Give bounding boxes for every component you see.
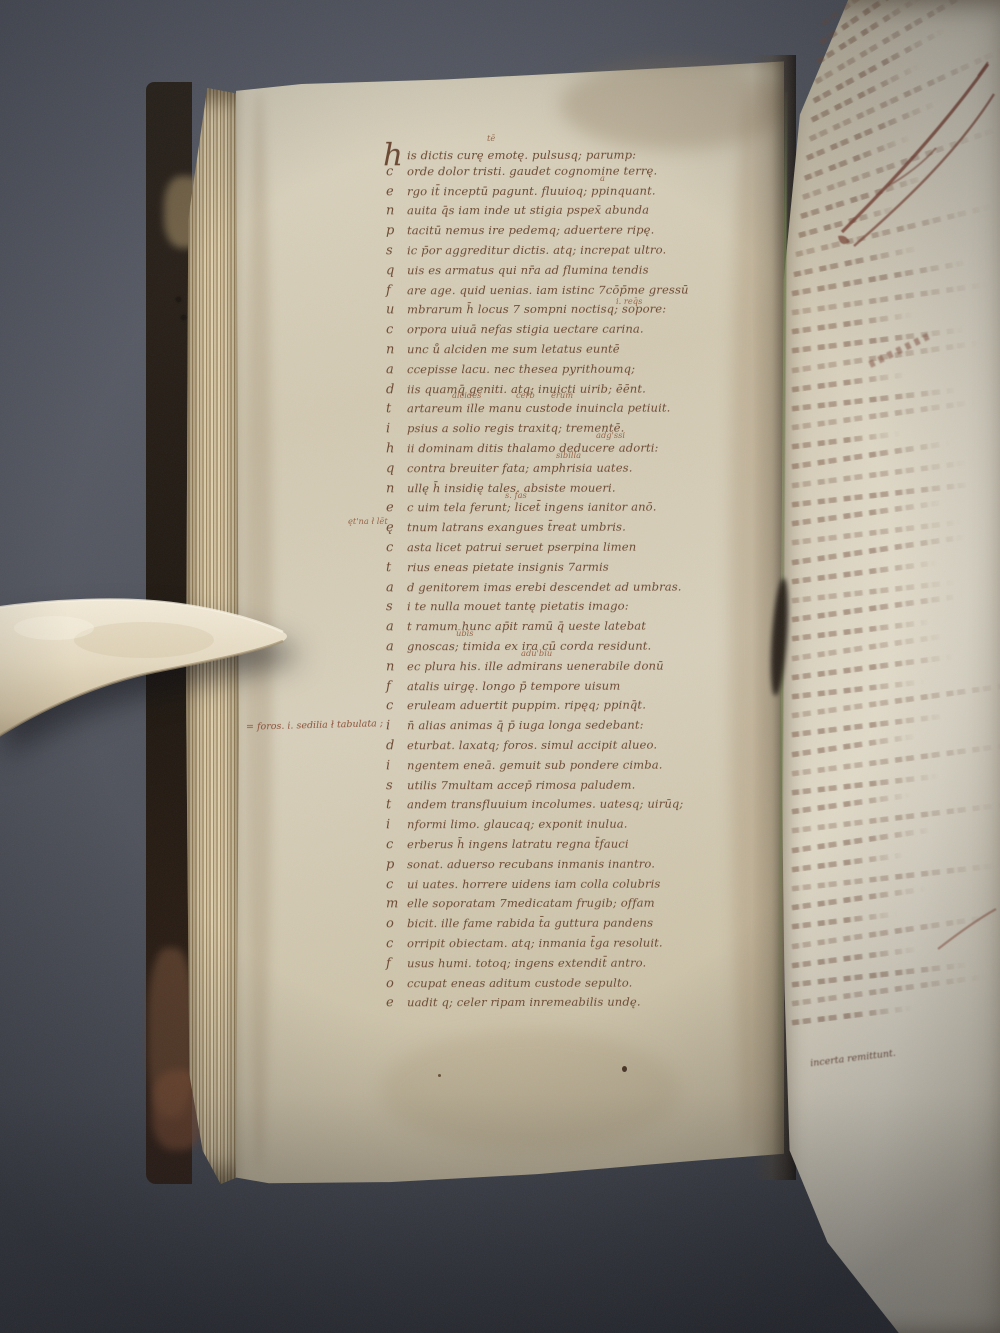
verse-text: ccepisse lacu. nec thesea pyrithoumq;	[407, 361, 635, 376]
verse-line: in̄ alias animas q̄ p̄ iuga longa sedeba…	[386, 718, 644, 734]
verse-initial: c	[386, 164, 407, 179]
verse-text: uadit q; celer ripam inremeabilis undę.	[407, 995, 641, 1010]
verse-line: nunc ů alciden me sum letatus euntē	[386, 342, 620, 358]
verse-text: tnum latrans exangues t̄reat umbris.	[407, 520, 626, 535]
verse-initial: s	[386, 243, 407, 258]
verse-text: bicit. ille fame rabida t̄a guttura pand…	[407, 916, 653, 931]
verse-initial: e	[386, 184, 407, 199]
verse-text: ii dominam ditis thalamo deducere adorti…	[407, 441, 659, 456]
verse-initial: m	[386, 897, 407, 912]
verse-initial: t	[386, 560, 407, 575]
gloss: ūbis	[456, 628, 474, 638]
verse-text: atalis uirgę. longo p̄ tempore uisum	[407, 678, 620, 693]
verse-text: are age. quid uenias. iam istinc 7cōp̄me…	[407, 282, 689, 297]
verse-text: eturbat. laxatq; foros. simul accipit al…	[407, 738, 657, 753]
verse-initial: f	[386, 956, 407, 971]
verse-line: obicit. ille fame rabida t̄a guttura pan…	[386, 916, 653, 932]
verse-initial: i	[386, 758, 407, 773]
verse-line: ipsius a solio regis traxitq; trementē.	[386, 421, 624, 437]
verse-line: fusus humi. totoq; ingens extendit̄ antr…	[386, 955, 646, 971]
verse-text: orde dolor tristi. gaudet cognomine terr…	[407, 163, 657, 178]
verse-text: ngentem eneā. gemuit sub pondere cimba.	[407, 757, 663, 772]
verse-initial: a	[386, 580, 407, 595]
manuscript-photo: his dictis curę emotę. pulsusq; parump:c…	[0, 0, 1000, 1333]
verse-initial: c	[386, 877, 407, 892]
verse-initial: f	[386, 679, 407, 694]
verse-line: nauita q̄s iam inde ut stigia pspex̄ abu…	[386, 203, 649, 219]
verse-text: uis es armatus qui nr̄a ad flumina tendi…	[407, 262, 649, 277]
verse-initial: c	[386, 936, 407, 951]
verse-line: cui uates. horrere uidens iam colla colu…	[386, 876, 661, 892]
verse-line: corripit obiectam. atq; inmania t̄ga res…	[386, 936, 663, 952]
verse-text: orpora uiuā nefas stigia uectare carina.	[407, 322, 644, 337]
gloss: cerb̄	[516, 390, 535, 400]
gloss: sibilla	[556, 450, 581, 460]
verse-line: agnoscas; timida ex ira cū corda residun…	[386, 639, 651, 655]
verse-line: quis es armatus qui nr̄a ad flumina tend…	[386, 262, 649, 278]
verse-line: ingentem eneā. gemuit sub pondere cimba.	[386, 757, 663, 773]
verse-line: ad genitorem imas erebi descendet ad umb…	[386, 579, 682, 595]
verse-initial: ę	[386, 520, 407, 535]
verse-text: usus humi. totoq; ingens extendit̄ antro…	[407, 955, 646, 970]
gloss: erum	[551, 390, 573, 400]
verse-initial: s	[386, 778, 407, 793]
verse-line: ętnum latrans exangues t̄reat umbris.	[386, 520, 626, 536]
verse-text: rius eneas pietate insignis 7armis	[407, 560, 609, 575]
verse-initial: n	[386, 659, 407, 674]
verse-text: d genitorem imas erebi descendet ad umbr…	[407, 579, 682, 594]
verse-text: utilis 7multam accep̄ rimosa paludem.	[407, 777, 635, 792]
verse-initial: a	[386, 362, 407, 377]
gloss: s. fas	[505, 490, 527, 500]
verse-text: andem transfluuium incolumes. uatesq; ui…	[407, 797, 683, 812]
verse-initial: c	[386, 837, 407, 852]
verse-text: artareum ille manu custode inuincla peti…	[407, 401, 671, 416]
verse-text: is dictis curę emotę. pulsusq; parump:	[407, 148, 636, 163]
verse-line: casta licet patrui seruet pserpina limen	[386, 540, 636, 556]
verse-initial: p	[386, 223, 407, 238]
verse-initial: e	[386, 501, 407, 516]
gloss: i. req̄s	[616, 296, 642, 306]
verse-initial: d	[386, 738, 407, 753]
verse-text: orripit obiectam. atq; inmania t̄ga reso…	[407, 936, 663, 951]
verse-text: erberus h̄ ingens latratu regna t̄fauci	[407, 837, 629, 852]
verse-text: rgo it̄ inceptū pagunt. fluuioq; ppinqua…	[407, 183, 656, 198]
verse-text: i te nulla mouet tantę pietatis imago:	[407, 599, 629, 614]
verse-line: nec plura his. ille admirans uenerabile …	[386, 658, 664, 674]
verse-initial: n	[386, 342, 407, 357]
verse-line: hii dominam ditis thalamo deducere adort…	[386, 441, 659, 457]
verse-initial: s	[386, 600, 407, 615]
verse-text: t ramum hunc ap̄it ramū q̄ ueste latebat	[407, 619, 646, 634]
verse-line: si te nulla mouet tantę pietatis imago:	[386, 599, 629, 615]
verse-initial: c	[386, 322, 407, 337]
verse-line: occupat eneas aditum custode sepulto.	[386, 975, 632, 991]
verse-line: melle soporatam 7medicatam frugib; offam	[386, 896, 655, 912]
verse-line: accepisse lacu. nec thesea pyrithoumq;	[386, 361, 635, 377]
verse-initial: e	[386, 996, 407, 1011]
verse-text: contra breuiter fata; amphrisia uates.	[407, 460, 633, 475]
verse-line: fatalis uirgę. longo p̄ tempore uisum	[386, 678, 620, 694]
verse-line: ptacitū nemus ire pedemq; aduertere ripę…	[386, 223, 654, 239]
verse-line: nullę h̄ insidię tales. absiste moueri.	[386, 480, 616, 496]
verse-line: at ramum hunc ap̄it ramū q̄ ueste lateba…	[386, 619, 646, 635]
verse-text: ui uates. horrere uidens iam colla colub…	[407, 876, 661, 891]
verse-initial: a	[386, 619, 407, 634]
verse-line: trius eneas pietate insignis 7armis	[386, 560, 609, 576]
verse-line: tandem transfluuium incolumes. uatesq; u…	[386, 797, 683, 813]
verse-initial: o	[386, 976, 407, 991]
gloss: a	[600, 173, 605, 183]
verse-line: ergo it̄ inceptū pagunt. fluuioq; ppinqu…	[386, 183, 656, 199]
verse-initial: o	[386, 916, 407, 931]
verse-text: ic p̄or aggreditur dictis. atq; increpat…	[407, 243, 666, 258]
verse-text: sonat. aduerso recubans inmanis inantro.	[407, 856, 655, 871]
verse-initial: i	[386, 817, 407, 832]
gloss: alcides	[452, 390, 481, 400]
verse-line: qcontra breuiter fata; amphrisia uates.	[386, 460, 633, 476]
verse-line: cerberus h̄ ingens latratu regna t̄fauci	[386, 837, 629, 853]
verse-text: n̄ alias animas q̄ p̄ iuga longa sedeban…	[407, 718, 644, 733]
verse-text: tacitū nemus ire pedemq; aduertere ripę.	[407, 223, 654, 238]
verse-text: elle soporatam 7medicatam frugib; offam	[407, 896, 655, 911]
verse-initial: c	[386, 699, 407, 714]
verse-text: c uim tela ferunt; licet̄ ingens ianitor…	[407, 500, 657, 515]
verse-line: corpora uiuā nefas stigia uectare carina…	[386, 322, 644, 338]
verse-text: auita q̄s iam inde ut stigia pspex̄ abun…	[407, 203, 649, 218]
verse-line: psonat. aduerso recubans inmanis inantro…	[386, 856, 655, 872]
verse-initial: t	[386, 402, 407, 417]
verse-text: unc ů alciden me sum letatus euntē	[407, 342, 620, 357]
gloss: ęt'na ł lēt	[348, 516, 388, 526]
verse-line: his dictis curę emotę. pulsusq; parump:	[386, 144, 636, 163]
gloss: tē	[487, 133, 495, 143]
gloss: adu'biū	[521, 648, 552, 658]
verse-initial: p	[386, 857, 407, 872]
verse-initial: d	[386, 382, 407, 397]
verse-text: ccupat eneas aditum custode sepulto.	[407, 975, 632, 990]
verse-initial: a	[386, 639, 407, 654]
right-page-fragment: incerta remittunt.	[810, 1048, 897, 1069]
verse-line: sic p̄or aggreditur dictis. atq; increpa…	[386, 243, 666, 259]
verse-initial: i	[386, 421, 407, 436]
gloss: adg'ssi	[596, 430, 625, 440]
verse-line: fare age. quid uenias. iam istinc 7cōp̄m…	[386, 282, 689, 298]
verse-initial: c	[386, 540, 407, 555]
verse-text: psius a solio regis traxitq; trementē.	[407, 421, 624, 436]
verse-initial: n	[386, 481, 407, 496]
verse-text: ec plura his. ille admirans uenerabile d…	[407, 658, 664, 673]
verse-initial: i	[386, 718, 407, 733]
verse-line: sutilis 7multam accep̄ rimosa paludem.	[386, 777, 635, 793]
verse-initial: n	[386, 204, 407, 219]
verse-line: euadit q; celer ripam inremeabilis undę.	[386, 995, 641, 1011]
verse-initial: q	[386, 461, 407, 476]
verse-text: nformi limo. glaucaq; exponit inulua.	[407, 817, 628, 832]
bone-folder-tool	[0, 588, 306, 750]
verse-line: ec uim tela ferunt; licet̄ ingens ianito…	[386, 500, 657, 516]
verse-line: deturbat. laxatq; foros. simul accipit a…	[386, 738, 657, 754]
verse-text: asta licet patrui seruet pserpina limen	[407, 540, 636, 555]
verse-line: corde dolor tristi. gaudet cognomine ter…	[386, 163, 657, 179]
verse-initial: q	[386, 263, 407, 278]
verse-line: tartareum ille manu custode inuincla pet…	[386, 401, 671, 417]
verse-line: informi limo. glaucaq; exponit inulua.	[386, 817, 628, 833]
verse-initial: u	[386, 303, 407, 318]
verse-initial: h	[383, 150, 404, 160]
verse-text: eruleam aduertit puppim. ripęq; ppinq̄t.	[407, 698, 646, 713]
verse-line: ceruleam aduertit puppim. ripęq; ppinq̄t…	[386, 698, 646, 714]
verse-initial: f	[386, 283, 407, 298]
verse-initial: t	[386, 798, 407, 813]
verse-initial: h	[386, 441, 407, 456]
